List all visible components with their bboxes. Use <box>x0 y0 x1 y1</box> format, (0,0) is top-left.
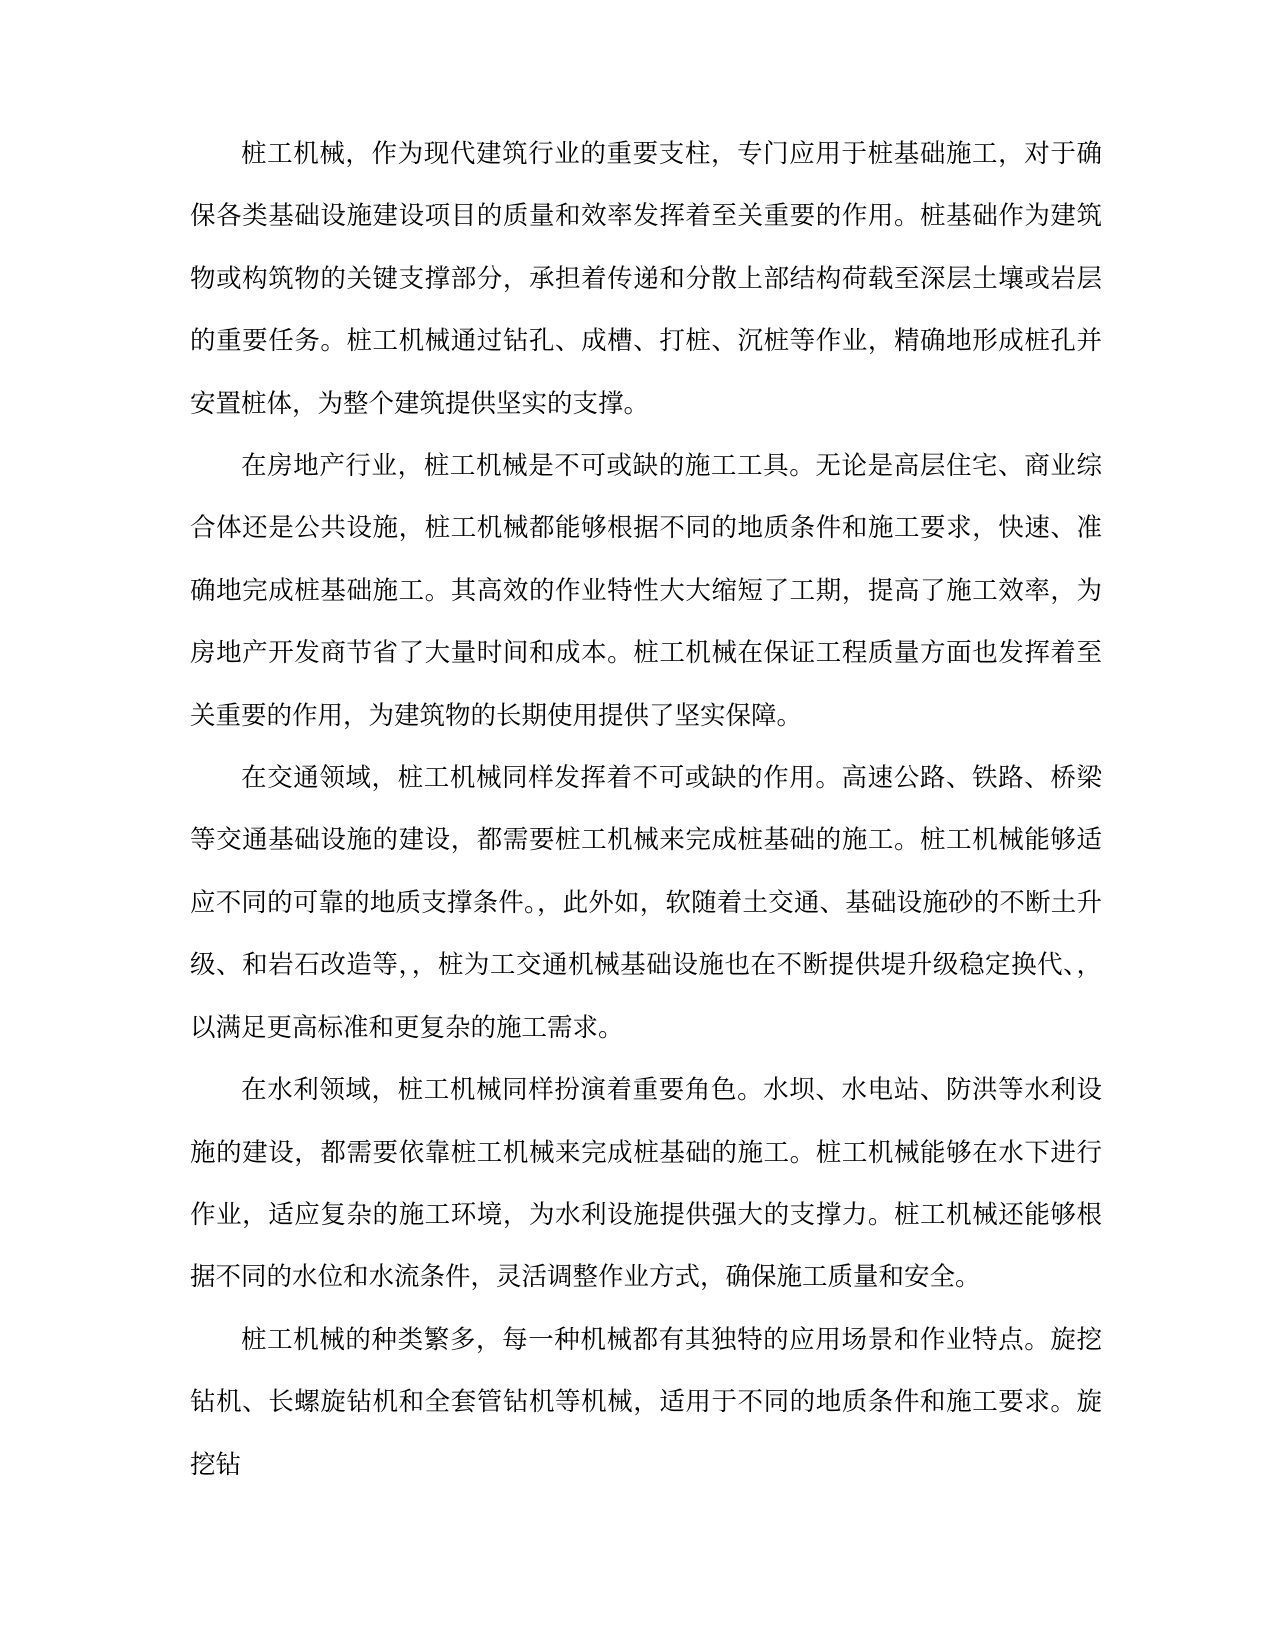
paragraph-1: 桩工机械，作为现代建筑行业的重要支柱，专门应用于桩基础施工，对于确保各类基础设施… <box>190 123 1102 435</box>
paragraph-5: 桩工机械的种类繁多，每一种机械都有其独特的应用场景和作业特点。旋挖钻机、长螺旋钻… <box>190 1309 1102 1496</box>
document-page: 桩工机械，作为现代建筑行业的重要支柱，专门应用于桩基础施工，对于确保各类基础设施… <box>0 0 1275 1650</box>
paragraph-2: 在房地产行业，桩工机械是不可或缺的施工工具。无论是高层住宅、商业综合体还是公共设… <box>190 435 1102 747</box>
document-body: 桩工机械，作为现代建筑行业的重要支柱，专门应用于桩基础施工，对于确保各类基础设施… <box>190 123 1102 1496</box>
paragraph-4: 在水利领域，桩工机械同样扮演着重要角色。水坝、水电站、防洪等水利设施的建设，都需… <box>190 1059 1102 1309</box>
paragraph-3: 在交通领域，桩工机械同样发挥着不可或缺的作用。高速公路、铁路、桥梁等交通基础设施… <box>190 747 1102 1059</box>
